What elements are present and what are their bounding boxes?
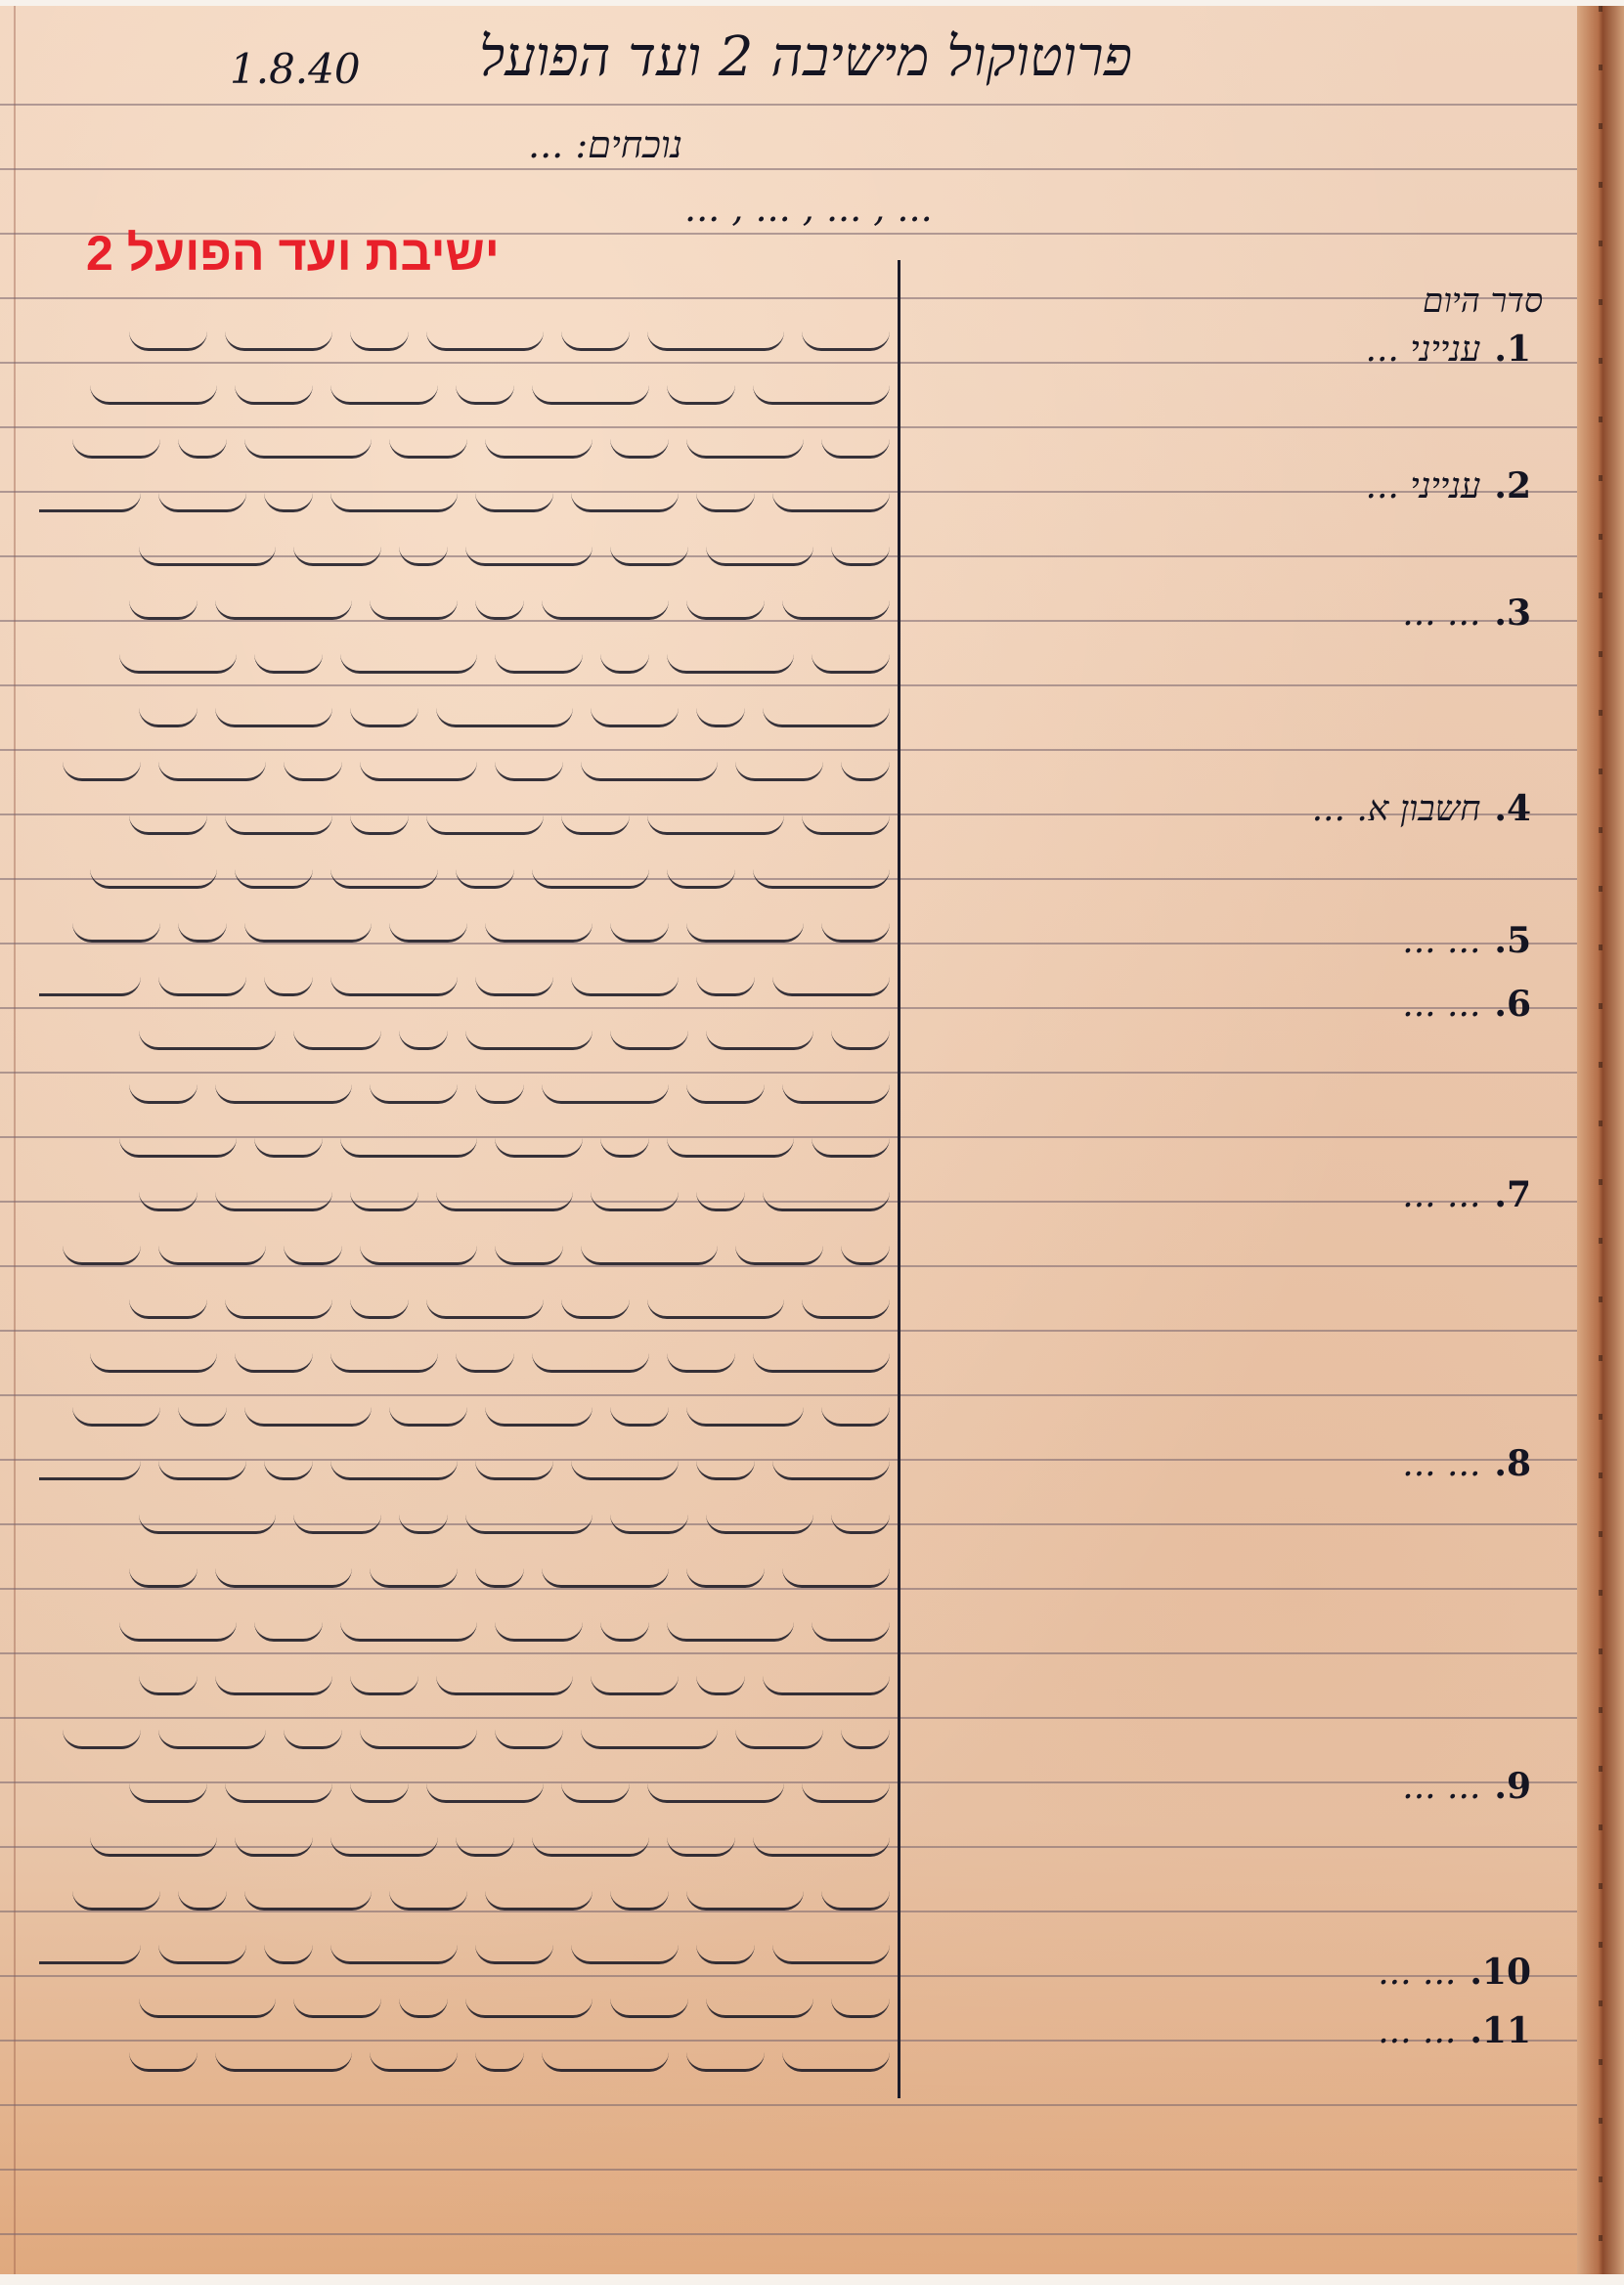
handwriting-stroke [72,1874,160,1911]
handwriting-stroke [350,1175,418,1211]
minutes-line [39,1766,890,1805]
attendees-line-2: ... , ... , ... , ... [684,187,933,230]
handwriting-stroke [90,1821,217,1857]
handwriting-stroke [542,1552,669,1588]
handwriting-stroke [129,1283,207,1319]
minutes-line [39,1820,890,1859]
ruled-line [0,1975,1584,1977]
minutes-line [39,1067,890,1106]
handwriting-stroke [235,1821,313,1857]
minutes-line [39,1389,890,1428]
ruled-line [0,1330,1584,1332]
handwriting-stroke [370,2036,458,2072]
minutes-line [39,1228,890,1267]
handwriting-stroke [475,1552,524,1588]
handwriting-stroke [841,1229,890,1265]
minutes-line [39,1551,890,1590]
handwriting-stroke [330,1928,458,1964]
handwriting-stroke [782,1552,890,1588]
handwriting-stroke [225,799,332,835]
handwriting-stroke [129,315,207,351]
handwriting-stroke [436,1659,573,1695]
handwriting-stroke [667,1821,735,1857]
handwriting-stroke [831,530,890,566]
handwriting-stroke [706,1498,813,1534]
handwriting-stroke [706,530,813,566]
handwriting-stroke [158,476,246,512]
handwriting-stroke [735,1229,823,1265]
handwriting-stroke [735,745,823,781]
handwriting-stroke [542,2036,669,2072]
handwriting-stroke [158,1928,246,1964]
minutes-line [39,421,890,461]
column-divider [898,260,900,2098]
handwriting-stroke [158,1444,246,1480]
handwriting-stroke [696,1659,745,1695]
handwriting-stroke [561,315,630,351]
handwriting-stroke [340,1121,477,1158]
minutes-line [39,637,890,676]
minutes-line [39,529,890,568]
overlay-title: ישיבת ועד הפועל 2 [86,225,500,282]
handwriting-stroke [399,1982,448,2018]
handwriting-stroke [293,1498,381,1534]
agenda-item-7: 7.... ... [1402,1174,1531,1215]
handwriting-stroke [667,637,794,674]
handwriting-stroke [686,1874,804,1911]
handwriting-stroke [696,1444,755,1480]
handwriting-stroke [119,1605,237,1642]
handwriting-stroke [330,369,438,405]
handwriting-stroke [254,637,323,674]
ruled-line [0,1007,1584,1009]
handwriting-stroke [139,530,276,566]
agenda-item-2: 2.ענייני ... [1366,465,1532,506]
handwriting-stroke [158,1229,266,1265]
handwriting-stroke [225,315,332,351]
ruled-line [0,2104,1584,2106]
handwriting-stroke [178,1874,227,1911]
handwriting-stroke [129,1767,207,1803]
handwriting-stroke [39,476,141,512]
handwriting-stroke [485,1874,593,1911]
handwriting-stroke [399,530,448,566]
handwriting-stroke [667,1605,794,1642]
handwriting-stroke [647,1767,784,1803]
handwriting-stroke [831,1982,890,2018]
handwriting-stroke [571,1928,679,1964]
handwriting-stroke [686,1552,765,1588]
handwriting-stroke [90,853,217,889]
handwriting-stroke [667,853,735,889]
attendees-line-1: נוכחים: ... [528,123,682,167]
handwriting-stroke [581,1713,718,1749]
handwriting-stroke [647,315,784,351]
handwriting-stroke [610,422,669,459]
handwriting-stroke [591,1659,679,1695]
handwriting-stroke [456,1337,514,1373]
handwriting-stroke [610,1874,669,1911]
handwriting-stroke [561,1767,630,1803]
handwriting-stroke [225,1283,332,1319]
handwriting-stroke [465,1982,593,2018]
handwriting-stroke [340,637,477,674]
handwriting-stroke [772,960,890,996]
handwriting-stroke [129,584,198,620]
handwriting-stroke [360,745,477,781]
minutes-line [39,1121,890,1160]
handwriting-stroke [139,1175,198,1211]
handwriting-stroke [436,691,573,727]
handwriting-stroke [350,799,409,835]
handwriting-stroke [284,1713,342,1749]
handwriting-stroke [591,691,679,727]
handwriting-stroke [812,1121,890,1158]
handwriting-stroke [350,1767,409,1803]
handwriting-stroke [264,476,313,512]
handwriting-stroke [610,530,688,566]
handwriting-stroke [215,1175,332,1211]
handwriting-stroke [686,422,804,459]
ruled-line [0,362,1584,364]
minutes-line [39,1712,890,1751]
handwriting-stroke [686,1068,765,1104]
handwriting-stroke [39,960,141,996]
handwriting-stroke [293,1982,381,2018]
agenda-item-9: 9.... ... [1402,1766,1531,1807]
handwriting-stroke [264,960,313,996]
handwriting-stroke [139,1659,198,1695]
handwriting-stroke [706,1014,813,1050]
handwriting-stroke [772,1928,890,1964]
handwriting-stroke [610,906,669,943]
handwriting-stroke [475,1068,524,1104]
handwriting-stroke [495,1121,583,1158]
handwriting-stroke [532,853,649,889]
handwriting-stroke [360,1713,477,1749]
minutes-line [39,1604,890,1644]
handwriting-stroke [330,853,438,889]
handwriting-stroke [495,1713,563,1749]
handwriting-stroke [753,1821,890,1857]
handwriting-stroke [254,1605,323,1642]
handwriting-stroke [475,1928,553,1964]
handwriting-stroke [600,1121,649,1158]
handwriting-stroke [772,1444,890,1480]
handwriting-stroke [647,1283,784,1319]
handwriting-stroke [763,1175,890,1211]
handwriting-stroke [841,745,890,781]
handwriting-stroke [158,1713,266,1749]
document-date: 1.8.40 [230,45,361,93]
agenda-item-8: 8.... ... [1402,1443,1531,1484]
minutes-line [39,1981,890,2020]
handwriting-stroke [90,1337,217,1373]
minutes-line [39,690,890,729]
ruled-line [0,1652,1584,1654]
handwriting-stroke [158,745,266,781]
handwriting-stroke [610,1498,688,1534]
handwriting-stroke [495,745,563,781]
handwriting-stroke [753,853,890,889]
handwriting-stroke [581,745,718,781]
agenda-item-10: 10.... ... [1378,1952,1531,1993]
handwriting-stroke [90,369,217,405]
ruled-line [0,297,1584,299]
handwriting-stroke [215,1068,352,1104]
binding-stitches [1599,6,1602,2274]
handwriting-stroke [581,1229,718,1265]
handwriting-stroke [532,1821,649,1857]
handwriting-stroke [542,1068,669,1104]
minutes-line [39,1174,890,1213]
handwriting-stroke [571,476,679,512]
page-margin [14,6,16,2274]
handwriting-stroke [284,1229,342,1265]
handwriting-stroke [802,1767,890,1803]
handwriting-stroke [667,1337,735,1373]
agenda-item-1: 1.ענייני ... [1366,329,1532,370]
minutes-line [39,852,890,891]
handwriting-stroke [753,369,890,405]
handwriting-stroke [330,476,458,512]
handwriting-stroke [465,1498,593,1534]
minutes-line [39,744,890,783]
handwriting-stroke [426,315,544,351]
handwriting-stroke [119,637,237,674]
handwriting-stroke [389,422,467,459]
ruled-line [0,2233,1584,2235]
handwriting-stroke [600,637,649,674]
handwriting-stroke [72,422,160,459]
handwriting-stroke [350,1659,418,1695]
handwriting-stroke [350,691,418,727]
handwriting-stroke [647,799,784,835]
handwriting-stroke [244,1874,372,1911]
handwriting-stroke [821,906,890,943]
handwriting-stroke [215,1552,352,1588]
handwriting-stroke [330,960,458,996]
handwriting-stroke [456,369,514,405]
handwriting-stroke [571,1444,679,1480]
handwriting-stroke [340,1605,477,1642]
handwriting-stroke [389,906,467,943]
ruled-line [0,2169,1584,2171]
handwriting-stroke [667,369,735,405]
handwriting-stroke [178,422,227,459]
handwriting-stroke [244,422,372,459]
handwriting-stroke [72,1390,160,1427]
minutes-line [39,2035,890,2074]
handwriting-stroke [389,1390,467,1427]
handwriting-stroke [129,799,207,835]
handwriting-stroke [763,1659,890,1695]
handwriting-stroke [821,1390,890,1427]
handwriting-stroke [485,906,593,943]
handwriting-stroke [561,799,630,835]
handwriting-stroke [812,637,890,674]
handwriting-stroke [686,584,765,620]
minutes-line [39,368,890,407]
handwriting-stroke [465,1014,593,1050]
handwriting-stroke [370,1068,458,1104]
handwriting-stroke [495,1605,583,1642]
handwriting-stroke [600,1605,649,1642]
handwriting-stroke [330,1821,438,1857]
minutes-line [39,475,890,514]
handwriting-stroke [802,799,890,835]
handwriting-stroke [330,1337,438,1373]
agenda-item-3: 3.... ... [1402,593,1531,634]
handwriting-stroke [370,584,458,620]
minutes-line [39,1013,890,1052]
handwriting-stroke [475,960,553,996]
handwriting-stroke [426,1767,544,1803]
handwriting-stroke [782,1068,890,1104]
handwriting-stroke [802,1283,890,1319]
handwriting-stroke [686,1390,804,1427]
handwriting-stroke [696,960,755,996]
handwriting-stroke [244,1390,372,1427]
handwriting-stroke [686,906,804,943]
handwriting-stroke [139,691,198,727]
ruled-line [0,104,1584,106]
handwriting-stroke [532,1337,649,1373]
handwriting-stroke [696,1175,745,1211]
minutes-line [39,959,890,998]
handwriting-stroke [63,1713,141,1749]
handwriting-stroke [456,853,514,889]
handwriting-stroke [831,1014,890,1050]
handwriting-stroke [63,745,141,781]
handwriting-stroke [293,1014,381,1050]
handwriting-stroke [399,1014,448,1050]
handwriting-stroke [350,315,409,351]
agenda-item-5: 5.... ... [1402,920,1531,961]
minutes-line [39,905,890,945]
handwriting-stroke [389,1874,467,1911]
handwriting-stroke [475,2036,524,2072]
handwriting-stroke [215,2036,352,2072]
handwriting-stroke [485,422,593,459]
handwriting-stroke [772,476,890,512]
handwriting-stroke [485,1390,593,1427]
handwriting-stroke [821,422,890,459]
handwriting-stroke [264,1444,313,1480]
minutes-line [39,1443,890,1482]
handwriting-stroke [330,1444,458,1480]
handwriting-stroke [244,906,372,943]
handwriting-stroke [696,476,755,512]
handwriting-stroke [706,1982,813,2018]
handwriting-stroke [456,1821,514,1857]
handwriting-stroke [495,1229,563,1265]
handwriting-stroke [39,1444,141,1480]
handwriting-stroke [610,1982,688,2018]
agenda-item-11: 11.... ... [1378,2010,1531,2051]
handwriting-stroke [254,1121,323,1158]
handwriting-stroke [735,1713,823,1749]
handwriting-stroke [753,1337,890,1373]
handwriting-stroke [235,1337,313,1373]
handwriting-stroke [72,906,160,943]
handwriting-stroke [360,1229,477,1265]
minutes-line [39,1873,890,1912]
minutes-line [39,1658,890,1697]
minutes-line [39,798,890,837]
handwriting-stroke [831,1498,890,1534]
handwriting-stroke [225,1767,332,1803]
ruled-line [0,168,1584,170]
minutes-line [39,314,890,353]
handwriting-stroke [399,1498,448,1534]
handwriting-stroke [129,1068,198,1104]
handwriting-stroke [284,745,342,781]
handwriting-stroke [667,1121,794,1158]
minutes-line [39,1282,890,1321]
handwriting-stroke [436,1175,573,1211]
handwriting-stroke [610,1390,669,1427]
handwriting-stroke [782,584,890,620]
handwriting-stroke [782,2036,890,2072]
handwriting-stroke [696,691,745,727]
handwriting-stroke [571,960,679,996]
agenda-item-6: 6.... ... [1402,984,1531,1025]
handwriting-stroke [763,691,890,727]
agenda-item-4: 4.חשבון א. ... [1312,788,1531,829]
handwriting-stroke [802,315,890,351]
handwriting-stroke [426,1283,544,1319]
handwriting-stroke [475,1444,553,1480]
handwriting-stroke [178,1390,227,1427]
notebook-page: 1.8.40 פרוטוקול מישיבה 2 ועד הפועל נוכחי… [0,6,1624,2274]
ruled-line [0,684,1584,686]
handwriting-stroke [129,2036,198,2072]
handwriting-stroke [139,1982,276,2018]
handwriting-stroke [264,1928,313,1964]
handwriting-stroke [215,691,332,727]
agenda-label: סדר היום [1423,282,1543,321]
handwriting-stroke [119,1121,237,1158]
notebook-binding [1577,6,1624,2274]
handwriting-stroke [178,906,227,943]
handwriting-stroke [39,1928,141,1964]
minutes-line [39,1336,890,1375]
handwriting-stroke [532,369,649,405]
handwriting-stroke [686,2036,765,2072]
handwriting-stroke [561,1283,630,1319]
handwriting-stroke [139,1498,276,1534]
handwriting-stroke [812,1605,890,1642]
minutes-line [39,1927,890,1966]
minutes-line [39,583,890,622]
handwriting-stroke [215,584,352,620]
handwriting-stroke [350,1283,409,1319]
handwriting-stroke [158,960,246,996]
handwriting-stroke [495,637,583,674]
handwriting-stroke [235,853,313,889]
handwriting-stroke [63,1229,141,1265]
handwriting-stroke [475,476,553,512]
handwriting-stroke [610,1014,688,1050]
handwriting-stroke [696,1928,755,1964]
handwriting-stroke [370,1552,458,1588]
handwriting-stroke [426,799,544,835]
handwriting-stroke [542,584,669,620]
handwriting-stroke [139,1014,276,1050]
minutes-line [39,1497,890,1536]
handwriting-stroke [591,1175,679,1211]
